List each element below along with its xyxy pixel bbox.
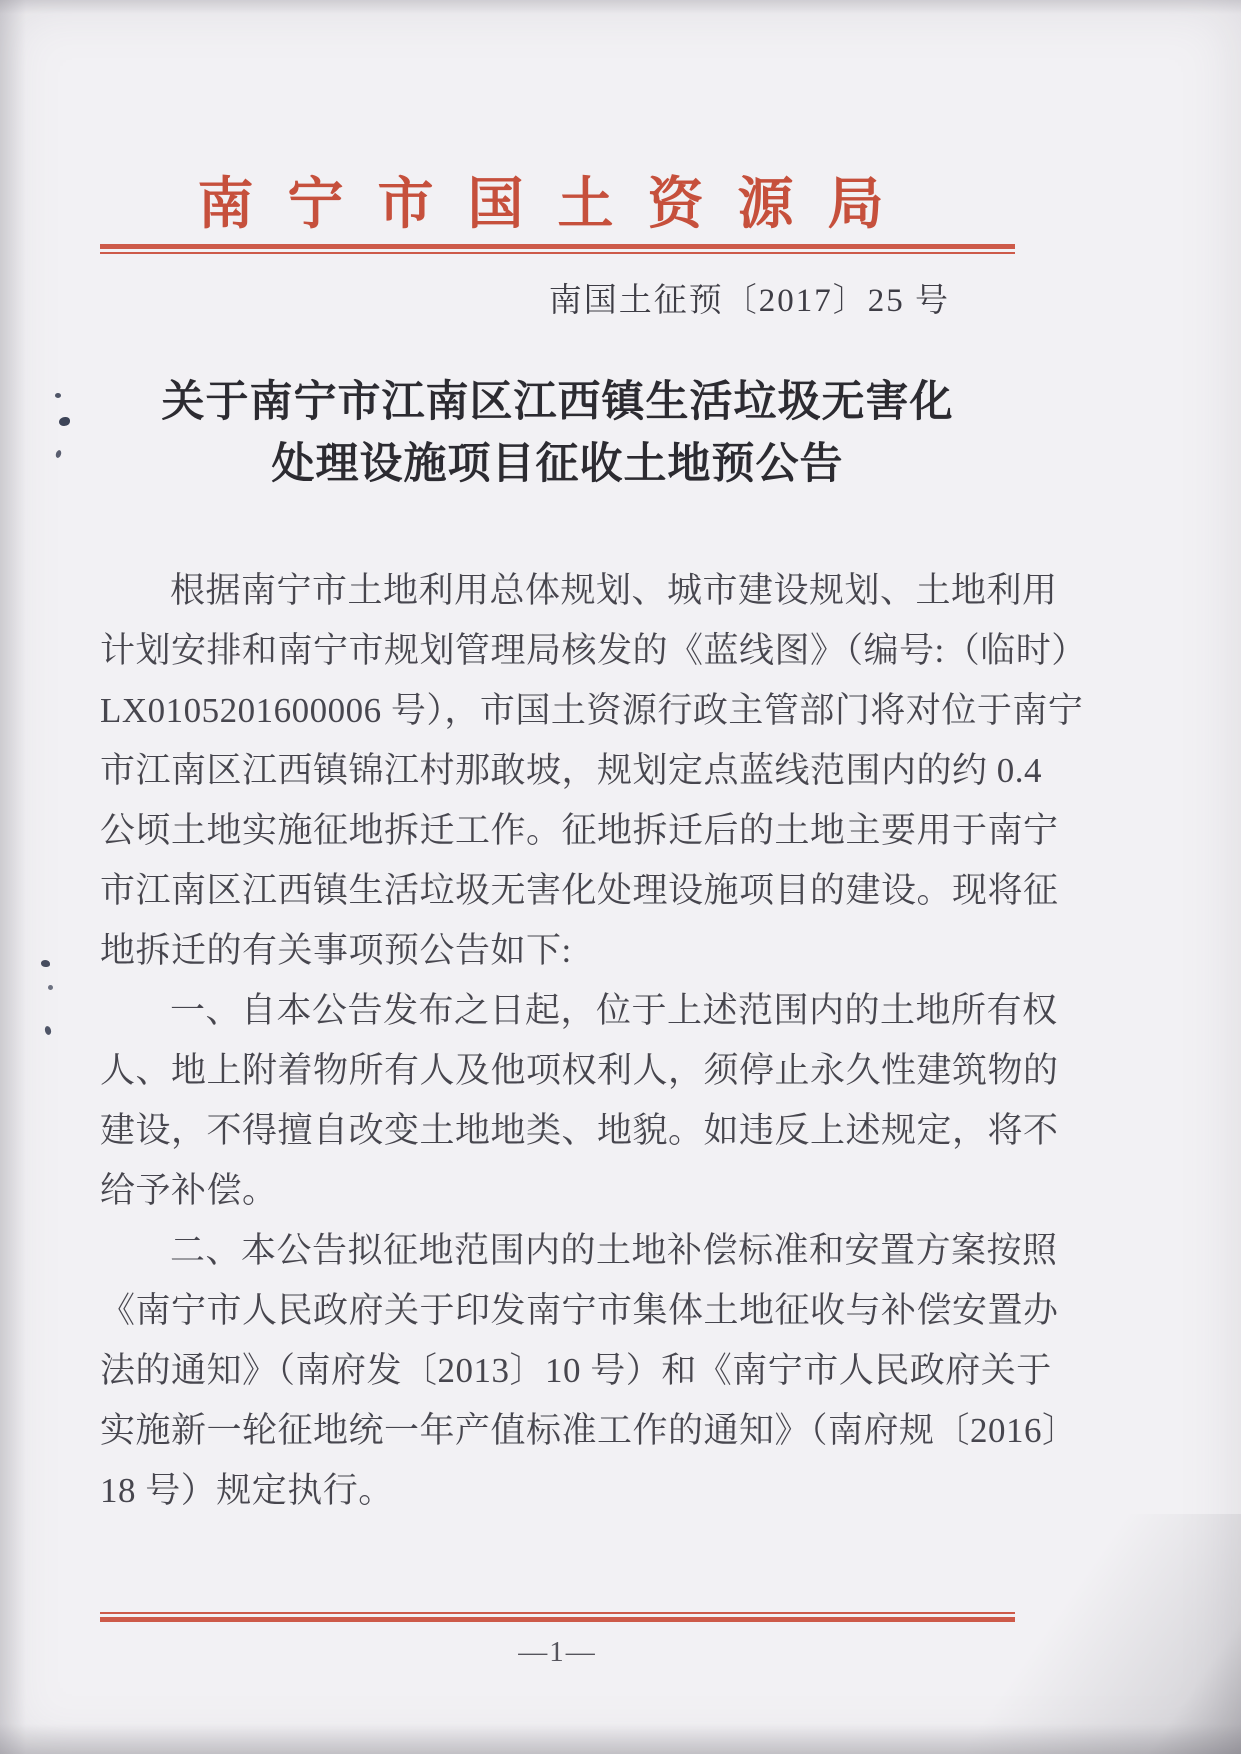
body-line: 一、自本公告发布之日起，位于上述范围内的土地所有权 bbox=[100, 981, 1015, 1041]
paragraph-2: 一、自本公告发布之日起，位于上述范围内的土地所有权 人、地上附着物所有人及他项权… bbox=[100, 981, 1015, 1221]
page-number: —1— bbox=[100, 1636, 1015, 1669]
document-page: 南宁市国土资源局 南国土征预〔2017〕25 号 关于南宁市江南区江西镇生活垃圾… bbox=[0, 0, 1241, 1754]
body-line: 市江南区江西镇锦江村那敢坡，规划定点蓝线范围内的约 0.4 bbox=[100, 741, 1015, 801]
body-line: 地拆迁的有关事项预公告如下: bbox=[100, 921, 1015, 981]
body-line: 二、本公告拟征地范围内的土地补偿标准和安置方案按照 bbox=[100, 1221, 1015, 1281]
ink-speck bbox=[44, 1025, 52, 1035]
body-line: 公顷土地实施征地拆迁工作。征地拆迁后的土地主要用于南宁 bbox=[100, 801, 1015, 861]
footer-rule bbox=[100, 1612, 1015, 1622]
scan-edge-shadow-bottom bbox=[0, 1724, 1241, 1754]
ink-speck bbox=[55, 449, 62, 458]
body-line: 给予补偿。 bbox=[100, 1161, 1015, 1221]
paragraph-3: 二、本公告拟征地范围内的土地补偿标准和安置方案按照 《南宁市人民政府关于印发南宁… bbox=[100, 1221, 1015, 1521]
document-body: 根据南宁市土地利用总体规划、城市建设规划、土地利用 计划安排和南宁市规划管理局核… bbox=[100, 561, 1015, 1521]
body-line: 根据南宁市土地利用总体规划、城市建设规划、土地利用 bbox=[100, 561, 1015, 621]
agency-title: 南宁市国土资源局 bbox=[100, 160, 1015, 240]
paragraph-1: 根据南宁市土地利用总体规划、城市建设规划、土地利用 计划安排和南宁市规划管理局核… bbox=[100, 561, 1015, 981]
body-line: 《南宁市人民政府关于印发南宁市集体土地征收与补偿安置办 bbox=[100, 1281, 1015, 1341]
body-line: 法的通知》（南府发〔2013〕10 号）和《南宁市人民政府关于 bbox=[100, 1341, 1015, 1401]
ink-speck bbox=[59, 417, 70, 426]
title-line-2: 处理设施项目征收土地预公告 bbox=[100, 434, 1015, 496]
body-line: 18 号）规定执行。 bbox=[100, 1461, 1015, 1521]
document-title: 关于南宁市江南区江西镇生活垃圾无害化 处理设施项目征收土地预公告 bbox=[100, 372, 1015, 496]
scan-edge-shadow-top bbox=[0, 0, 1241, 14]
body-line: 计划安排和南宁市规划管理局核发的《蓝线图》（编号:（临时） bbox=[100, 621, 1015, 681]
ink-speck bbox=[48, 985, 53, 990]
doc-number: 南国土征预〔2017〕25 号 bbox=[100, 274, 1015, 321]
ink-speck bbox=[41, 960, 50, 967]
body-line: 市江南区江西镇生活垃圾无害化处理设施项目的建设。现将征 bbox=[100, 861, 1015, 921]
scan-edge-shadow-left bbox=[0, 0, 26, 1754]
header-rule bbox=[100, 244, 1015, 254]
body-line: 建设，不得擅自改变土地地类、地貌。如违反上述规定，将不 bbox=[100, 1101, 1015, 1161]
ink-speck bbox=[55, 393, 61, 398]
body-line: LX0105201600006 号），市国土资源行政主管部门将对位于南宁 bbox=[100, 681, 1015, 741]
body-line: 实施新一轮征地统一年产值标准工作的通知》（南府规〔2016〕 bbox=[100, 1401, 1015, 1461]
body-line: 人、地上附着物所有人及他项权利人，须停止永久性建筑物的 bbox=[100, 1041, 1015, 1101]
scan-corner-shadow bbox=[821, 1514, 1241, 1754]
title-line-1: 关于南宁市江南区江西镇生活垃圾无害化 bbox=[100, 372, 1015, 434]
